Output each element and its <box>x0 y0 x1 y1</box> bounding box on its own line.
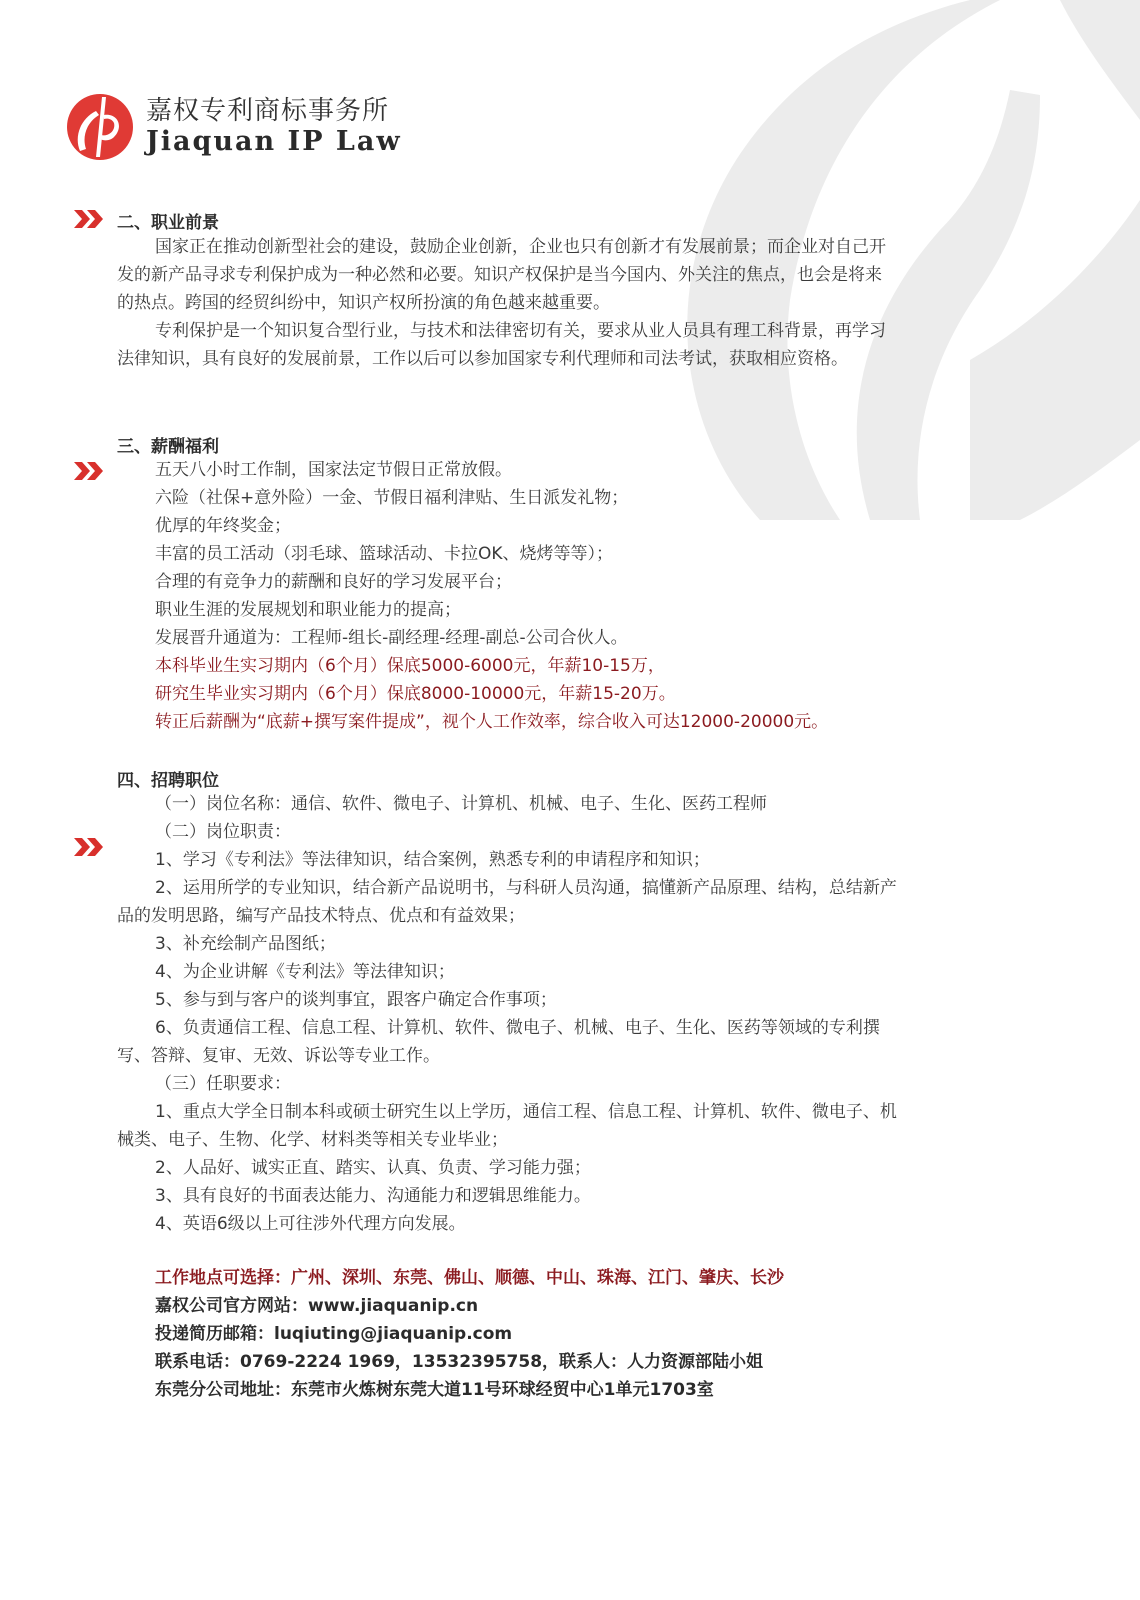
section-title-career: 二、职业前景 <box>117 208 219 233</box>
email-link[interactable]: 投递简历邮箱：luqiuting@jiaquanip.com <box>155 1320 512 1348</box>
section-title-benefits: 三、薪酬福利 <box>117 432 219 457</box>
office-address: 东莞分公司地址：东莞市火炼树东莞大道11号环球经贸中心1单元1703室 <box>155 1376 714 1404</box>
benefit-item: 发展晋升通道为：工程师-组长-副经理-经理-副总-公司合伙人。 <box>155 624 628 652</box>
section-title-positions: 四、招聘职位 <box>117 766 219 791</box>
duty-item: 6、负责通信工程、信息工程、计算机、软件、微电子、机械、电子、生化、医药等领域的… <box>155 1014 880 1042</box>
salary-item: 转正后薪酬为“底薪+撰写案件提成”，视个人工作效率，综合收入可达12000-20… <box>155 708 828 736</box>
requirement-item: 2、人品好、诚实正直、踏实、认真、负责、学习能力强； <box>155 1154 591 1182</box>
paragraph-line: 国家正在推动创新型社会的建设，鼓励企业创新，企业也只有创新才有发展前景；而企业对… <box>155 233 886 261</box>
duties-title: （二）岗位职责： <box>155 818 291 846</box>
requirement-item: 械类、电子、生物、化学、材料类等相关专业毕业； <box>117 1126 508 1154</box>
duty-item: 3、补充绘制产品图纸； <box>155 930 336 958</box>
duty-item: 品的发明思路，编写产品技术特点、优点和有益效果； <box>117 902 525 930</box>
logo-mark-icon <box>66 93 134 161</box>
requirements-title: （三）任职要求： <box>155 1070 291 1098</box>
phone-info: 联系电话：0769-2224 1969，13532395758，联系人：人力资源… <box>155 1348 763 1376</box>
duty-item: 写、答辩、复审、无效、诉讼等专业工作。 <box>117 1042 440 1070</box>
requirement-item: 1、重点大学全日制本科或硕士研究生以上学历，通信工程、信息工程、计算机、软件、微… <box>155 1098 897 1126</box>
benefit-item: 六险（社保+意外险）一金、节假日福利津贴、生日派发礼物； <box>155 484 628 512</box>
double-chevron-icon <box>72 836 104 858</box>
paragraph-line: 专利保护是一个知识复合型行业，与技术和法律密切有关，要求从业人员具有理工科背景，… <box>155 317 886 345</box>
position-names: （一）岗位名称：通信、软件、微电子、计算机、机械、电子、生化、医药工程师 <box>155 790 767 818</box>
paragraph-line: 法律知识，具有良好的发展前景，工作以后可以参加国家专利代理师和司法考试，获取相应… <box>117 345 848 373</box>
logo-english-name: Jiaquan IP Law <box>146 126 402 158</box>
duty-item: 1、学习《专利法》等法律知识，结合案例，熟悉专利的申请程序和知识； <box>155 846 710 874</box>
benefit-item: 优厚的年终奖金； <box>155 512 291 540</box>
double-chevron-icon <box>72 460 104 482</box>
duty-item: 4、为企业讲解《专利法》等法律知识； <box>155 958 455 986</box>
duty-item: 5、参与到与客户的谈判事宜，跟客户确定合作事项； <box>155 986 557 1014</box>
benefit-item: 职业生涯的发展规划和职业能力的提高； <box>155 596 461 624</box>
paragraph-line: 发的新产品寻求专利保护成为一种必然和必要。知识产权保护是当今国内、外关注的焦点，… <box>117 261 882 289</box>
requirement-item: 4、英语6级以上可往涉外代理方向发展。 <box>155 1210 466 1238</box>
benefit-item: 合理的有竞争力的薪酬和良好的学习发展平台； <box>155 568 512 596</box>
website-link[interactable]: 嘉权公司官方网站：www.jiaquanip.cn <box>155 1292 478 1320</box>
paragraph-line: 的热点。跨国的经贸纠纷中，知识产权所扮演的角色越来越重要。 <box>117 289 610 317</box>
double-chevron-icon <box>72 208 104 230</box>
work-locations: 工作地点可选择：广州、深圳、东莞、佛山、顺德、中山、珠海、江门、肇庆、长沙 <box>155 1264 784 1292</box>
duty-item: 2、运用所学的专业知识，结合新产品说明书，与科研人员沟通，搞懂新产品原理、结构，… <box>155 874 897 902</box>
salary-item: 本科毕业生实习期内（6个月）保底5000-6000元，年薪10-15万， <box>155 652 665 680</box>
benefit-item: 丰富的员工活动（羽毛球、篮球活动、卡拉OK、烧烤等等）； <box>155 540 613 568</box>
benefit-item: 五天八小时工作制，国家法定节假日正常放假。 <box>155 456 512 484</box>
company-logo: 嘉权专利商标事务所 Jiaquan IP Law <box>66 93 402 161</box>
logo-chinese-name: 嘉权专利商标事务所 <box>146 96 402 126</box>
page: 嘉权专利商标事务所 Jiaquan IP Law 二、职业前景 国家正在推动创新… <box>0 0 1140 1600</box>
requirement-item: 3、具有良好的书面表达能力、沟通能力和逻辑思维能力。 <box>155 1182 591 1210</box>
salary-item: 研究生毕业实习期内（6个月）保底8000-10000元，年薪15-20万。 <box>155 680 676 708</box>
